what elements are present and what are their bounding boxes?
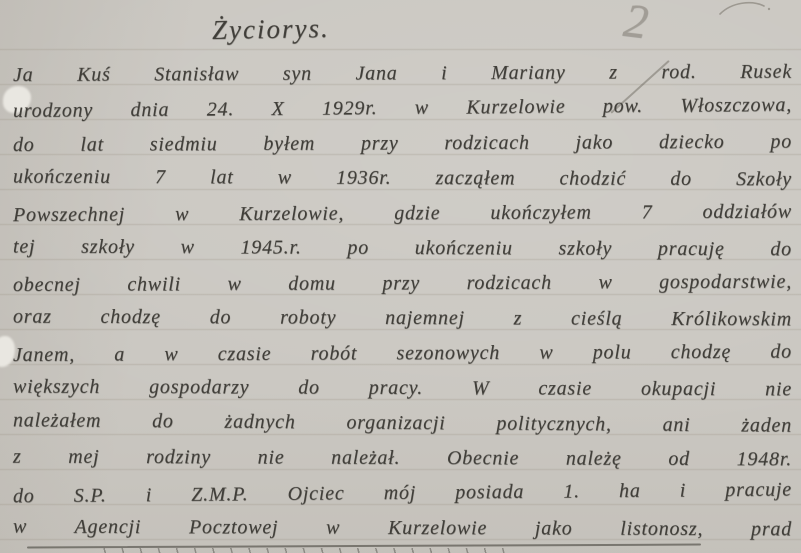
handwriting-line: tej szkoły w 1945.r. po ukończeniu szkoł… — [13, 230, 792, 268]
corner-pen-mark — [718, 0, 774, 16]
handwriting-line: obecnej chwili w domu przy rodzicach w g… — [13, 265, 792, 303]
handwriting-line: ukończeniu 7 lat w 1936r. zacząłem chodz… — [13, 160, 792, 198]
handwriting-line: do S.P. i Z.M.P. Ojciec mój posiada 1. h… — [13, 473, 792, 515]
handwriting-line: w Agencji Pocztowej w Kurzelowie jako li… — [13, 510, 792, 548]
handwriting-line: Ja Kuś Stanisław syn Jana i Mariany z ro… — [13, 55, 792, 93]
handwriting-line: do lat siedmiu byłem przy rodzicach jako… — [13, 125, 792, 163]
handwriting-line: należałem do żadnych organizacji polityc… — [13, 403, 792, 443]
page-number: 2 — [621, 0, 652, 50]
handwriting-line: Powszechnej w Kurzelowie, gdzie ukończył… — [13, 195, 792, 233]
handwriting-line: urodzony dnia 24. X 1929r. w Kurzelowie … — [13, 88, 792, 129]
handwriting-line: większych gospodarzy do pracy. W czasie … — [13, 370, 792, 408]
document-page: 2 Życiorys. Ja Kuś Stanisław syn Jana i … — [0, 0, 801, 553]
handwriting-line: oraz chodzę do roboty najemnej z cieślą … — [13, 300, 792, 338]
handwriting-line: Janem, a w czasie robót sezonowych w pol… — [13, 335, 792, 373]
handwritten-text: Ja Kuś Stanisław syn Jana i Mariany z ro… — [13, 56, 792, 546]
cutoff-line-fragment — [88, 548, 518, 553]
document-title: Życiorys. — [212, 13, 330, 46]
handwriting-line: z mej rodziny nie należał. Obecnie należ… — [13, 440, 792, 478]
